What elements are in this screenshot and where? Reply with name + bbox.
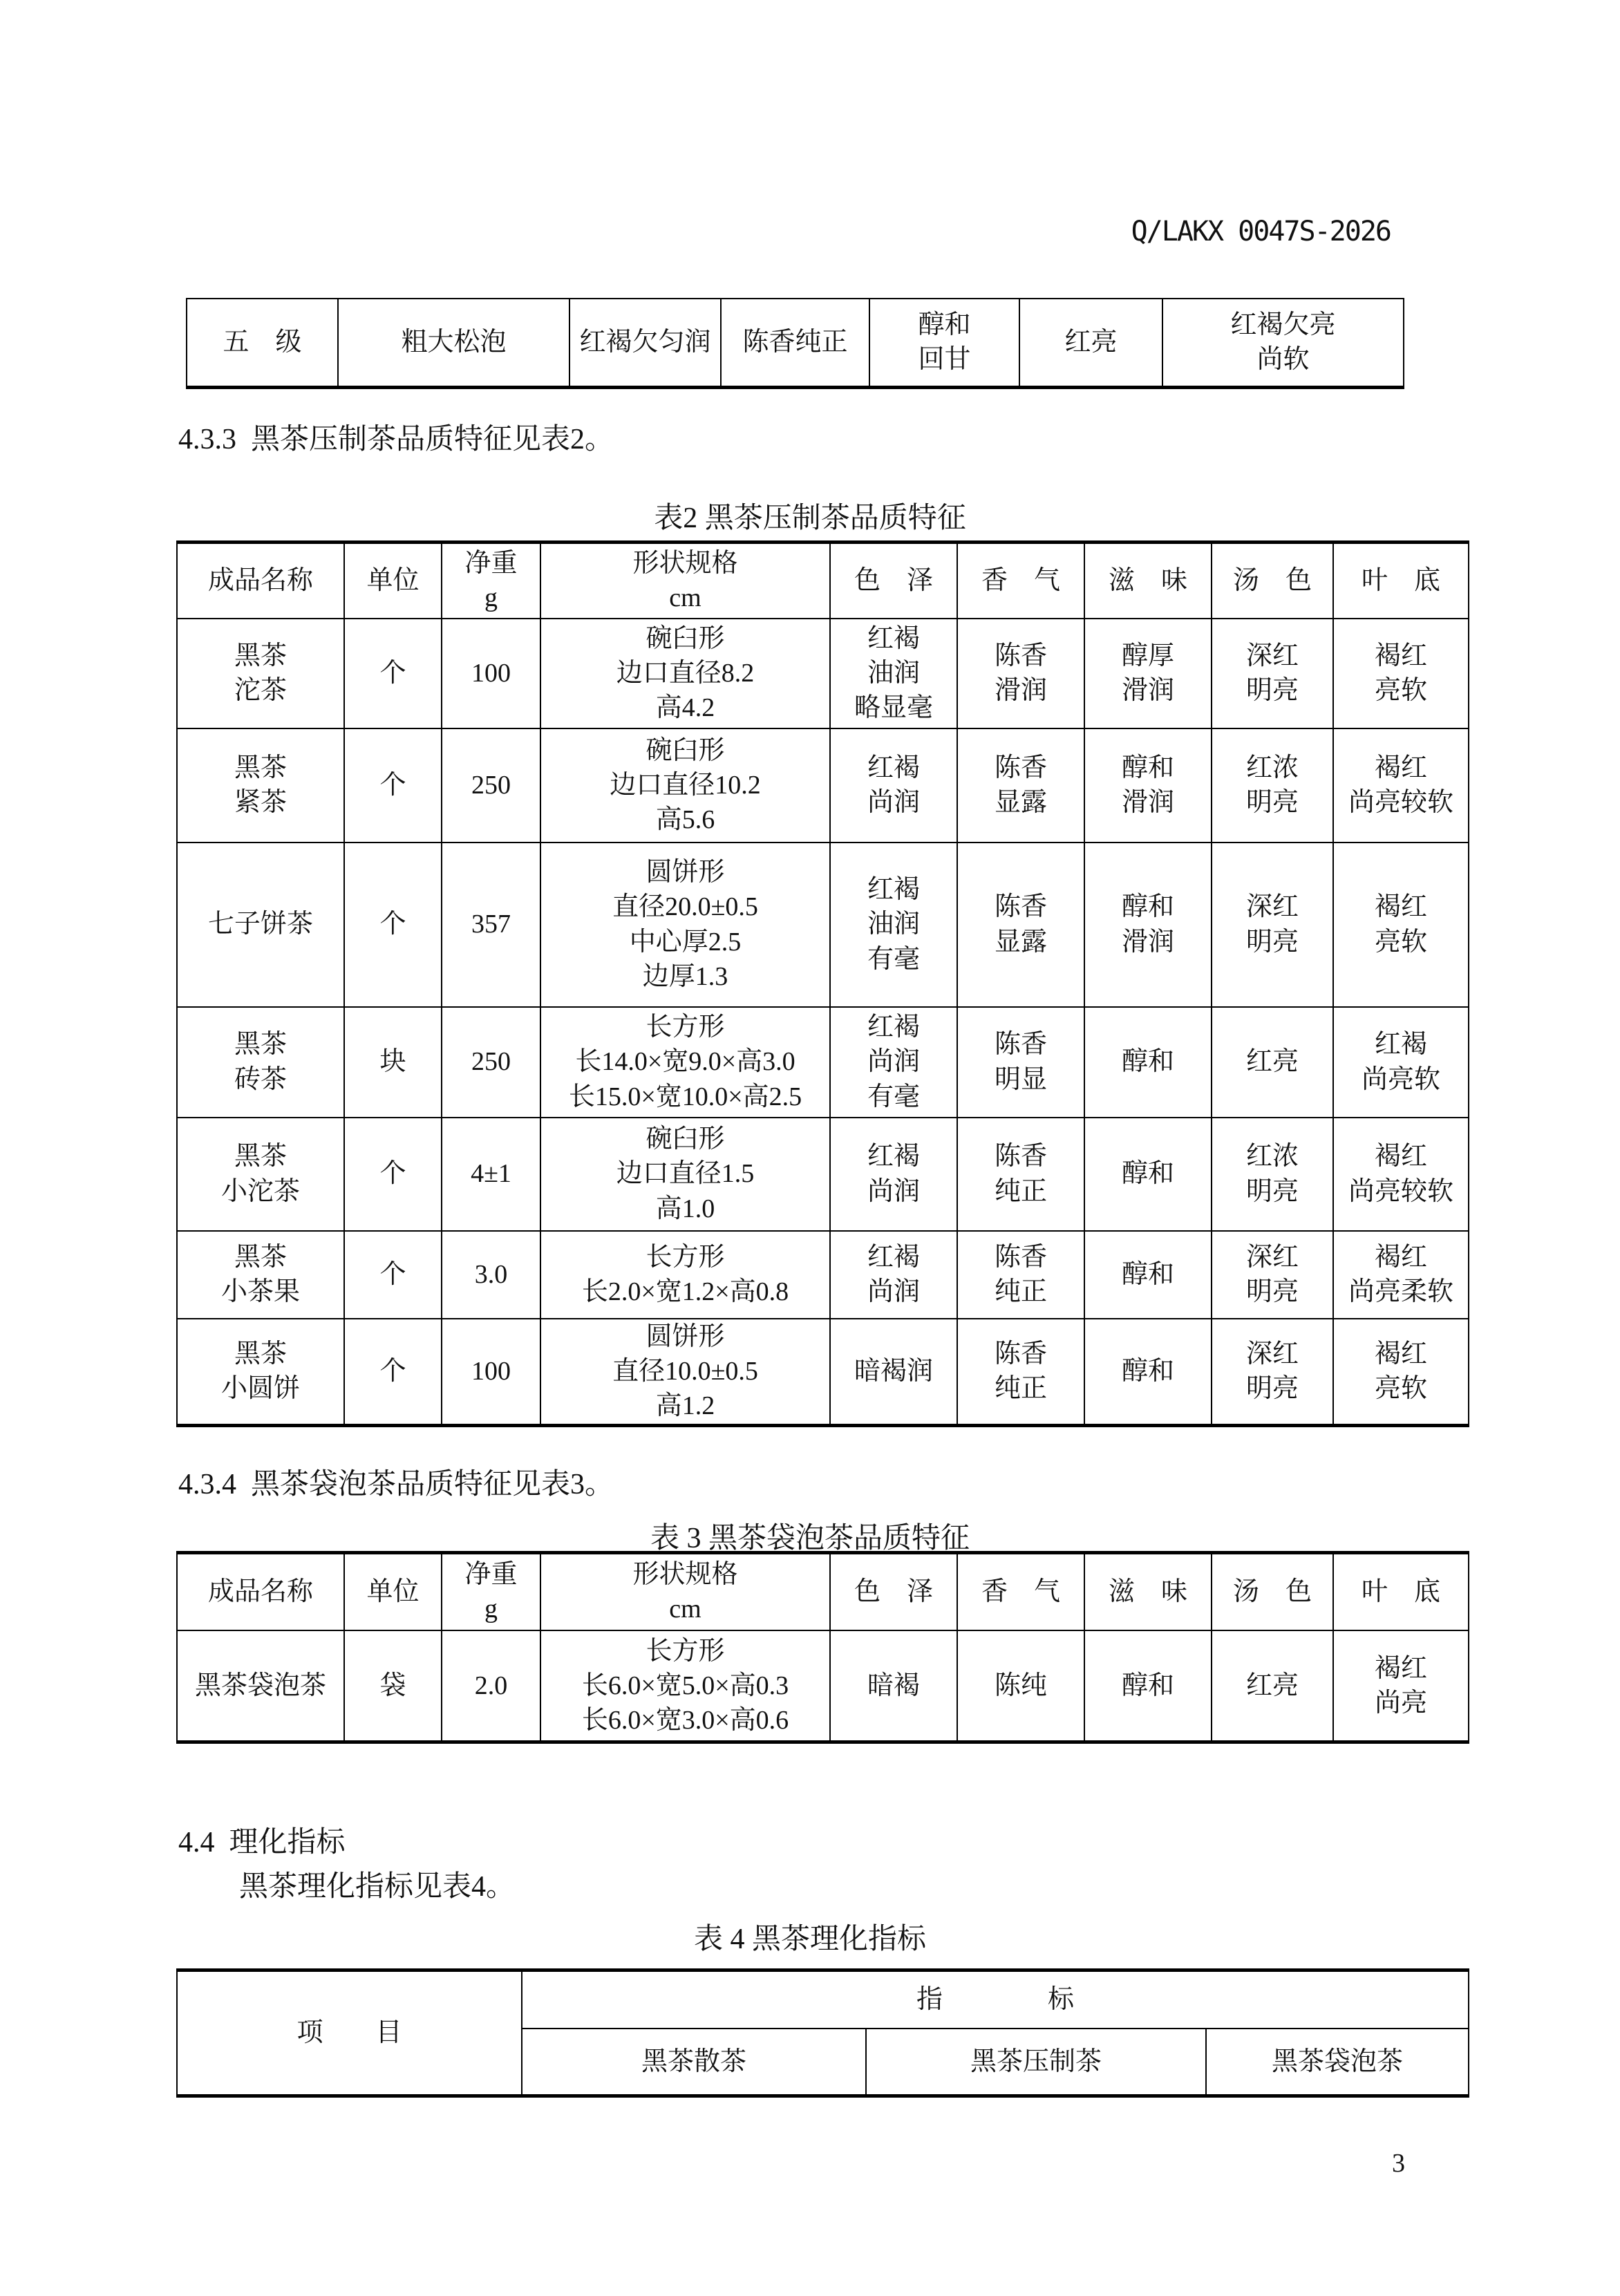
cell: 五 级 [187, 299, 338, 387]
cell: 褐红 亮软 [1333, 1319, 1469, 1426]
section-4-3-4: 4.3.4 黑茶袋泡茶品质特征见表3。 [178, 1467, 614, 1503]
page-number: 3 [1392, 2148, 1405, 2179]
table-row: 黑茶 小茶果 个 3.0 长方形 长2.0×宽1.2×高0.8 红褐 尚润 陈香… [177, 1231, 1469, 1319]
cell: 深红 明亮 [1212, 1231, 1333, 1319]
cell: 红浓 明亮 [1212, 1118, 1333, 1231]
column-header: 色 泽 [830, 543, 957, 619]
cell: 褐红 尚亮较软 [1333, 1118, 1469, 1231]
cell: 褐红 尚亮 [1333, 1630, 1469, 1742]
cell: 碗臼形 边口直径10.2 高5.6 [540, 728, 830, 843]
cell: 红褐 尚亮软 [1333, 1007, 1469, 1118]
table-row: 黑茶 砖茶 块 250 长方形 长14.0×宽9.0×高3.0 长15.0×宽1… [177, 1007, 1469, 1118]
column-header: 滋 味 [1084, 1553, 1212, 1630]
cell: 圆饼形 直径20.0±0.5 中心厚2.5 边厚1.3 [540, 843, 830, 1007]
cell: 长方形 长14.0×宽9.0×高3.0 长15.0×宽10.0×高2.5 [540, 1007, 830, 1118]
column-header: 香 气 [957, 543, 1084, 619]
cell: 醇和 滑润 [1084, 843, 1212, 1007]
cell: 黑茶 砖茶 [177, 1007, 344, 1118]
cell: 100 [442, 619, 540, 728]
cell: 红褐欠匀润 [569, 299, 721, 387]
subcolumn-header: 黑茶散茶 [522, 2029, 866, 2096]
cell: 暗褐润 [830, 1319, 957, 1426]
cell: 个 [344, 619, 442, 728]
cell: 黑茶袋泡茶 [177, 1630, 344, 1742]
column-header: 成品名称 [177, 543, 344, 619]
table-row: 七子饼茶 个 357 圆饼形 直径20.0±0.5 中心厚2.5 边厚1.3 红… [177, 843, 1469, 1007]
table3-header-row: 成品名称 单位 净重 g 形状规格 cm 色 泽 香 气 滋 味 汤 色 叶 底 [177, 1553, 1469, 1630]
cell: 黑茶 小沱茶 [177, 1118, 344, 1231]
cell: 红亮 [1212, 1007, 1333, 1118]
table4-header-row: 项 目 指 标 [177, 1970, 1469, 2029]
subcolumn-header: 黑茶袋泡茶 [1206, 2029, 1469, 2096]
cell: 红褐 油润 略显毫 [830, 619, 957, 728]
column-header: 汤 色 [1212, 1553, 1333, 1630]
cell: 红褐 尚润 [830, 1231, 957, 1319]
column-header: 滋 味 [1084, 543, 1212, 619]
cell: 4±1 [442, 1118, 540, 1231]
cell: 碗臼形 边口直径8.2 高4.2 [540, 619, 830, 728]
cell: 陈香 滑润 [957, 619, 1084, 728]
cell: 红褐 尚润 有毫 [830, 1007, 957, 1118]
cell: 褐红 尚亮柔软 [1333, 1231, 1469, 1319]
cell: 深红 明亮 [1212, 619, 1333, 728]
column-header: 形状规格 cm [540, 1553, 830, 1630]
document-page: Q/LAKX 0047S-2026 五 级 粗大松泡 红褐欠匀润 陈香纯正 醇和… [0, 0, 1620, 2296]
table3-caption: 表 3 黑茶袋泡茶品质特征 [0, 1515, 1620, 1556]
cell: 个 [344, 1319, 442, 1426]
cell: 袋 [344, 1630, 442, 1742]
cell: 陈纯 [957, 1630, 1084, 1742]
section-4-3-3: 4.3.3 黑茶压制茶品质特征见表2。 [178, 422, 614, 458]
grade-row: 五 级 粗大松泡 红褐欠匀润 陈香纯正 醇和 回甘 红亮 红褐欠亮 尚软 [187, 299, 1404, 387]
cell: 醇和 [1084, 1319, 1212, 1426]
cell: 褐红 亮软 [1333, 619, 1469, 728]
cell: 褐红 亮软 [1333, 843, 1469, 1007]
cell: 醇和 回甘 [869, 299, 1019, 387]
cell: 红褐 尚润 [830, 728, 957, 843]
column-header: 香 气 [957, 1553, 1084, 1630]
cell: 个 [344, 843, 442, 1007]
cell: 个 [344, 1118, 442, 1231]
column-header: 净重 g [442, 543, 540, 619]
cell: 红褐 油润 有毫 [830, 843, 957, 1007]
cell: 块 [344, 1007, 442, 1118]
cell: 250 [442, 1007, 540, 1118]
item-header-cell: 项 目 [177, 1970, 522, 2096]
subcolumn-header: 黑茶压制茶 [866, 2029, 1206, 2096]
table3: 成品名称 单位 净重 g 形状规格 cm 色 泽 香 气 滋 味 汤 色 叶 底… [176, 1551, 1469, 1744]
cell: 3.0 [442, 1231, 540, 1319]
cell: 醇和 [1084, 1231, 1212, 1319]
cell: 醇和 滑润 [1084, 728, 1212, 843]
cell: 七子饼茶 [177, 843, 344, 1007]
cell: 暗褐 [830, 1630, 957, 1742]
column-header: 汤 色 [1212, 543, 1333, 619]
column-header: 叶 底 [1333, 1553, 1469, 1630]
cell: 醇和 [1084, 1118, 1212, 1231]
table4: 项 目 指 标 黑茶散茶 黑茶压制茶 黑茶袋泡茶 [176, 1968, 1469, 2098]
grade-continuation-table: 五 级 粗大松泡 红褐欠匀润 陈香纯正 醇和 回甘 红亮 红褐欠亮 尚软 [186, 298, 1404, 389]
section-4-4-body: 黑茶理化指标见表4。 [239, 1869, 515, 1906]
cell: 陈香 显露 [957, 843, 1084, 1007]
cell: 陈香 明显 [957, 1007, 1084, 1118]
cell: 圆饼形 直径10.0±0.5 高1.2 [540, 1319, 830, 1426]
table2-caption: 表2 黑茶压制茶品质特征 [0, 495, 1620, 536]
cell: 黑茶 紧茶 [177, 728, 344, 843]
cell: 陈香 纯正 [957, 1231, 1084, 1319]
column-header: 净重 g [442, 1553, 540, 1630]
cell: 个 [344, 728, 442, 843]
table-row: 黑茶 紧茶 个 250 碗臼形 边口直径10.2 高5.6 红褐 尚润 陈香 显… [177, 728, 1469, 843]
cell: 长方形 长2.0×宽1.2×高0.8 [540, 1231, 830, 1319]
standard-code: Q/LAKX 0047S-2026 [1131, 216, 1391, 247]
cell: 醇和 [1084, 1007, 1212, 1118]
cell: 黑茶 沱茶 [177, 619, 344, 728]
cell: 红亮 [1019, 299, 1162, 387]
cell: 2.0 [442, 1630, 540, 1742]
cell: 个 [344, 1231, 442, 1319]
column-header: 形状规格 cm [540, 543, 830, 619]
indicator-header-cell: 指 标 [522, 1970, 1469, 2029]
cell: 250 [442, 728, 540, 843]
cell: 深红 明亮 [1212, 843, 1333, 1007]
column-header: 叶 底 [1333, 543, 1469, 619]
table-row: 黑茶 沱茶 个 100 碗臼形 边口直径8.2 高4.2 红褐 油润 略显毫 陈… [177, 619, 1469, 728]
cell: 100 [442, 1319, 540, 1426]
cell: 红褐欠亮 尚软 [1162, 299, 1404, 387]
table-row: 黑茶 小圆饼 个 100 圆饼形 直径10.0±0.5 高1.2 暗褐润 陈香 … [177, 1319, 1469, 1426]
cell: 陈香纯正 [721, 299, 869, 387]
table-row: 黑茶袋泡茶 袋 2.0 长方形 长6.0×宽5.0×高0.3 长6.0×宽3.0… [177, 1630, 1469, 1742]
table4-caption: 表 4 黑茶理化指标 [0, 1916, 1620, 1957]
cell: 醇和 [1084, 1630, 1212, 1742]
cell: 357 [442, 843, 540, 1007]
cell: 陈香 显露 [957, 728, 1084, 843]
table-row: 黑茶 小沱茶 个 4±1 碗臼形 边口直径1.5 高1.0 红褐 尚润 陈香 纯… [177, 1118, 1469, 1231]
cell: 黑茶 小茶果 [177, 1231, 344, 1319]
cell: 深红 明亮 [1212, 1319, 1333, 1426]
cell: 红浓 明亮 [1212, 728, 1333, 843]
cell: 陈香 纯正 [957, 1118, 1084, 1231]
column-header: 单位 [344, 1553, 442, 1630]
cell: 长方形 长6.0×宽5.0×高0.3 长6.0×宽3.0×高0.6 [540, 1630, 830, 1742]
cell: 粗大松泡 [338, 299, 569, 387]
cell: 碗臼形 边口直径1.5 高1.0 [540, 1118, 830, 1231]
cell: 红褐 尚润 [830, 1118, 957, 1231]
column-header: 成品名称 [177, 1553, 344, 1630]
column-header: 单位 [344, 543, 442, 619]
cell: 醇厚 滑润 [1084, 619, 1212, 728]
cell: 黑茶 小圆饼 [177, 1319, 344, 1426]
cell: 红亮 [1212, 1630, 1333, 1742]
table2: 成品名称 单位 净重 g 形状规格 cm 色 泽 香 气 滋 味 汤 色 叶 底… [176, 540, 1469, 1427]
cell: 陈香 纯正 [957, 1319, 1084, 1426]
cell: 褐红 尚亮较软 [1333, 728, 1469, 843]
section-4-4-heading: 4.4 理化指标 [178, 1825, 346, 1861]
table2-header-row: 成品名称 单位 净重 g 形状规格 cm 色 泽 香 气 滋 味 汤 色 叶 底 [177, 543, 1469, 619]
column-header: 色 泽 [830, 1553, 957, 1630]
